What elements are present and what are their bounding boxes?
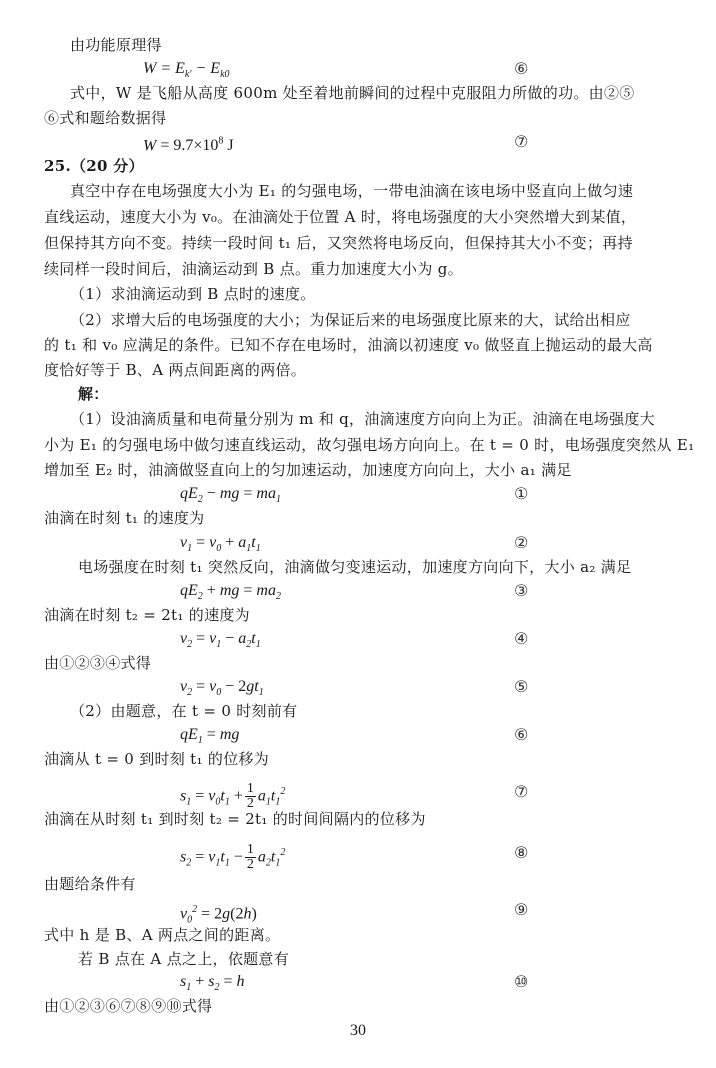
text-line: 由①②③⑥⑦⑧⑨⑩式得 [44, 995, 212, 1017]
text-line: 油滴在时刻 t₂ = 2t₁ 的速度为 [44, 604, 250, 626]
equation-4: v2 = v1 − a2t1 [180, 628, 261, 656]
equation-work-value: W = 9.7×108 J [143, 131, 234, 157]
text-line: 续同样一段时间后，油滴运动到 B 点。重力加速度大小为 g。 [44, 258, 463, 280]
text-line: 但保持其方向不变。持续一段时间 t₁ 后，又突然将电场反向，但保持其大小不变；再… [44, 232, 633, 254]
text-line: 油滴在时刻 t₁ 的速度为 [44, 507, 204, 529]
text-line: 式中 h 是 B、A 两点之间的距离。 [44, 924, 280, 946]
text-line: 度恰好等于 B、A 两点间距离的两倍。 [44, 359, 306, 381]
text-line: 由题给条件有 [44, 873, 136, 895]
equation-number: ⑦ [514, 781, 528, 803]
equation-8: s2 = v1t1 −12a2t12 [180, 836, 285, 881]
text-line: （2）由题意，在 t = 0 时刻前有 [70, 700, 297, 722]
equation-number: ⑨ [514, 899, 528, 921]
text-line: （1）求油滴运动到 B 点时的速度。 [70, 283, 316, 305]
text-line: 真空中存在电场强度大小为 E₁ 的匀强电场，一带电油滴在该电场中竖直向上做匀速 [70, 180, 633, 202]
equation-number: ② [514, 532, 528, 554]
equation-number: ⑩ [514, 971, 528, 993]
equation-number: ⑦ [514, 131, 528, 153]
equation-number: ⑤ [514, 676, 528, 698]
equation-number: ① [514, 483, 528, 505]
text-line: 油滴在从时刻 t₁ 到时刻 t₂ = 2t₁ 的时间间隔内的位移为 [44, 808, 426, 830]
text-line: （2）求增大后的电场强度的大小；为保证后来的电场强度比原来的大，试给出相应 [70, 309, 631, 331]
equation-number: ⑧ [514, 842, 528, 864]
equation-number: ④ [514, 628, 528, 650]
text-line: 由功能原理得 [70, 34, 162, 56]
text-line: （1）设油滴质量和电荷量分别为 m 和 q，油滴速度方向向上为正。油滴在电场强度… [70, 408, 655, 430]
fraction-half: 12 [245, 782, 256, 811]
text-line: 油滴从 t = 0 到时刻 t₁ 的位移为 [44, 748, 269, 770]
equation-number: ⑥ [514, 58, 528, 80]
text-line: 的 t₁ 和 v₀ 应满足的条件。已知不存在电场时，油滴以初速度 v₀ 做竖直上… [44, 334, 653, 356]
text-line: 直线运动，速度大小为 v₀。在油滴处于位置 A 时，将电场强度的大小突然增大到某… [44, 206, 636, 228]
text-line: 小为 E₁ 的匀强电场中做匀速直线运动，故匀强电场方向向上。在 t = 0 时，… [44, 434, 694, 456]
equation-number: ③ [514, 580, 528, 602]
text-line: 增加至 E₂ 时，油滴做竖直向上的匀加速运动，加速度方向向上，大小 a₁ 满足 [44, 459, 572, 481]
solution-heading: 解： [78, 383, 109, 405]
page-number: 30 [0, 1022, 716, 1040]
text-line: 由①②③④式得 [44, 652, 151, 674]
text-line: 若 B 点在 A 点之上，依题意有 [78, 948, 289, 970]
text-line: 式中，W 是飞船从高度 600m 处至着地前瞬间的过程中克服阻力所做的功。由②⑤ [70, 82, 635, 104]
question-heading: 25.（20 分） [44, 155, 144, 177]
text-line: 电场强度在时刻 t₁ 突然反向，油滴做匀变速运动，加速度方向向下，大小 a₂ 满… [78, 556, 631, 578]
fraction-half: 12 [245, 843, 256, 872]
equation-number: ⑥ [514, 724, 528, 746]
text-line: ⑥式和题给数据得 [44, 107, 166, 129]
document-page: 由功能原理得 W = Ek' − Ek0 ⑥ 式中，W 是飞船从高度 600m … [0, 0, 716, 1068]
